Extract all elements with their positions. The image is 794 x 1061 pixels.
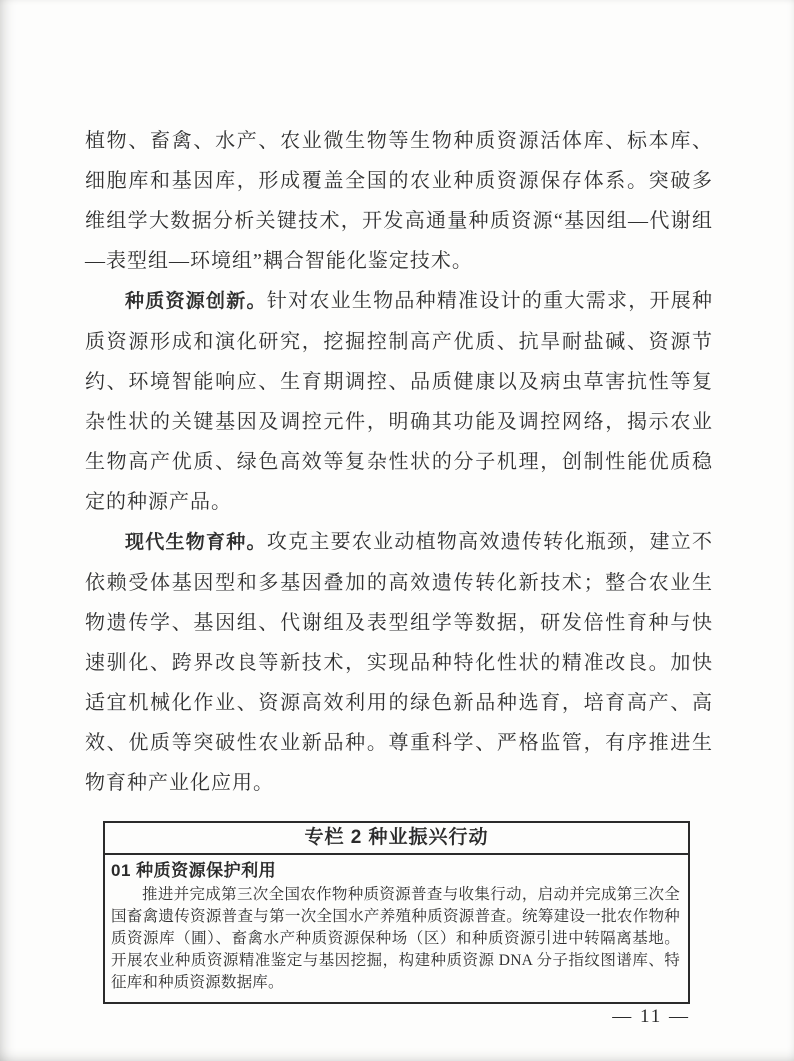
- callout-item-title: 种质资源保护利用: [136, 861, 276, 880]
- callout-item-number: 01: [111, 861, 131, 880]
- page-number: — 11 —: [612, 1006, 690, 1028]
- paragraph-lead-heading: 现代生物育种。: [125, 532, 267, 553]
- paragraph-lead-heading: 种质资源创新。: [125, 291, 267, 312]
- callout-item-heading: 01 种质资源保护利用: [111, 858, 680, 884]
- paragraph-modern-bio-breeding: 现代生物育种。攻克主要农业动植物高效遗传转化瓶颈，建立不依赖受体基因型和多基因叠…: [85, 522, 713, 803]
- callout-item-text: 推进并完成第三次全国农作物种质资源普查与收集行动，启动并完成第三次全国畜禽遗传资…: [111, 884, 680, 994]
- page-body: 植物、畜禽、水产、农业微生物等生物种质资源活体库、标本库、细胞库和基因库，形成覆…: [85, 121, 713, 1004]
- document-page: 植物、畜禽、水产、农业微生物等生物种质资源活体库、标本库、细胞库和基因库，形成覆…: [0, 0, 794, 1061]
- paragraph-germplasm-innovation: 种质资源创新。针对农业生物品种精准设计的重大需求，开展种质资源形成和演化研究，挖…: [85, 281, 713, 522]
- paragraph-germplasm-banks: 植物、畜禽、水产、农业微生物等生物种质资源活体库、标本库、细胞库和基因库，形成覆…: [85, 121, 713, 281]
- paragraph-text: 针对农业生物品种精准设计的重大需求，开展种质资源形成和演化研究，挖掘控制高产优质…: [85, 290, 713, 513]
- paragraph-text: 植物、畜禽、水产、农业微生物等生物种质资源活体库、标本库、细胞库和基因库，形成覆…: [85, 130, 713, 272]
- callout-box-title: 专栏 2 种业振兴行动: [105, 823, 688, 855]
- paragraph-text: 攻克主要农业动植物高效遗传转化瓶颈，建立不依赖受体基因型和多基因叠加的高效遗传转…: [85, 531, 713, 794]
- callout-box-seed-industry-action: 专栏 2 种业振兴行动 01 种质资源保护利用 推进并完成第三次全国农作物种质资…: [103, 821, 690, 1004]
- callout-box-body: 01 种质资源保护利用 推进并完成第三次全国农作物种质资源普查与收集行动，启动并…: [105, 855, 688, 1002]
